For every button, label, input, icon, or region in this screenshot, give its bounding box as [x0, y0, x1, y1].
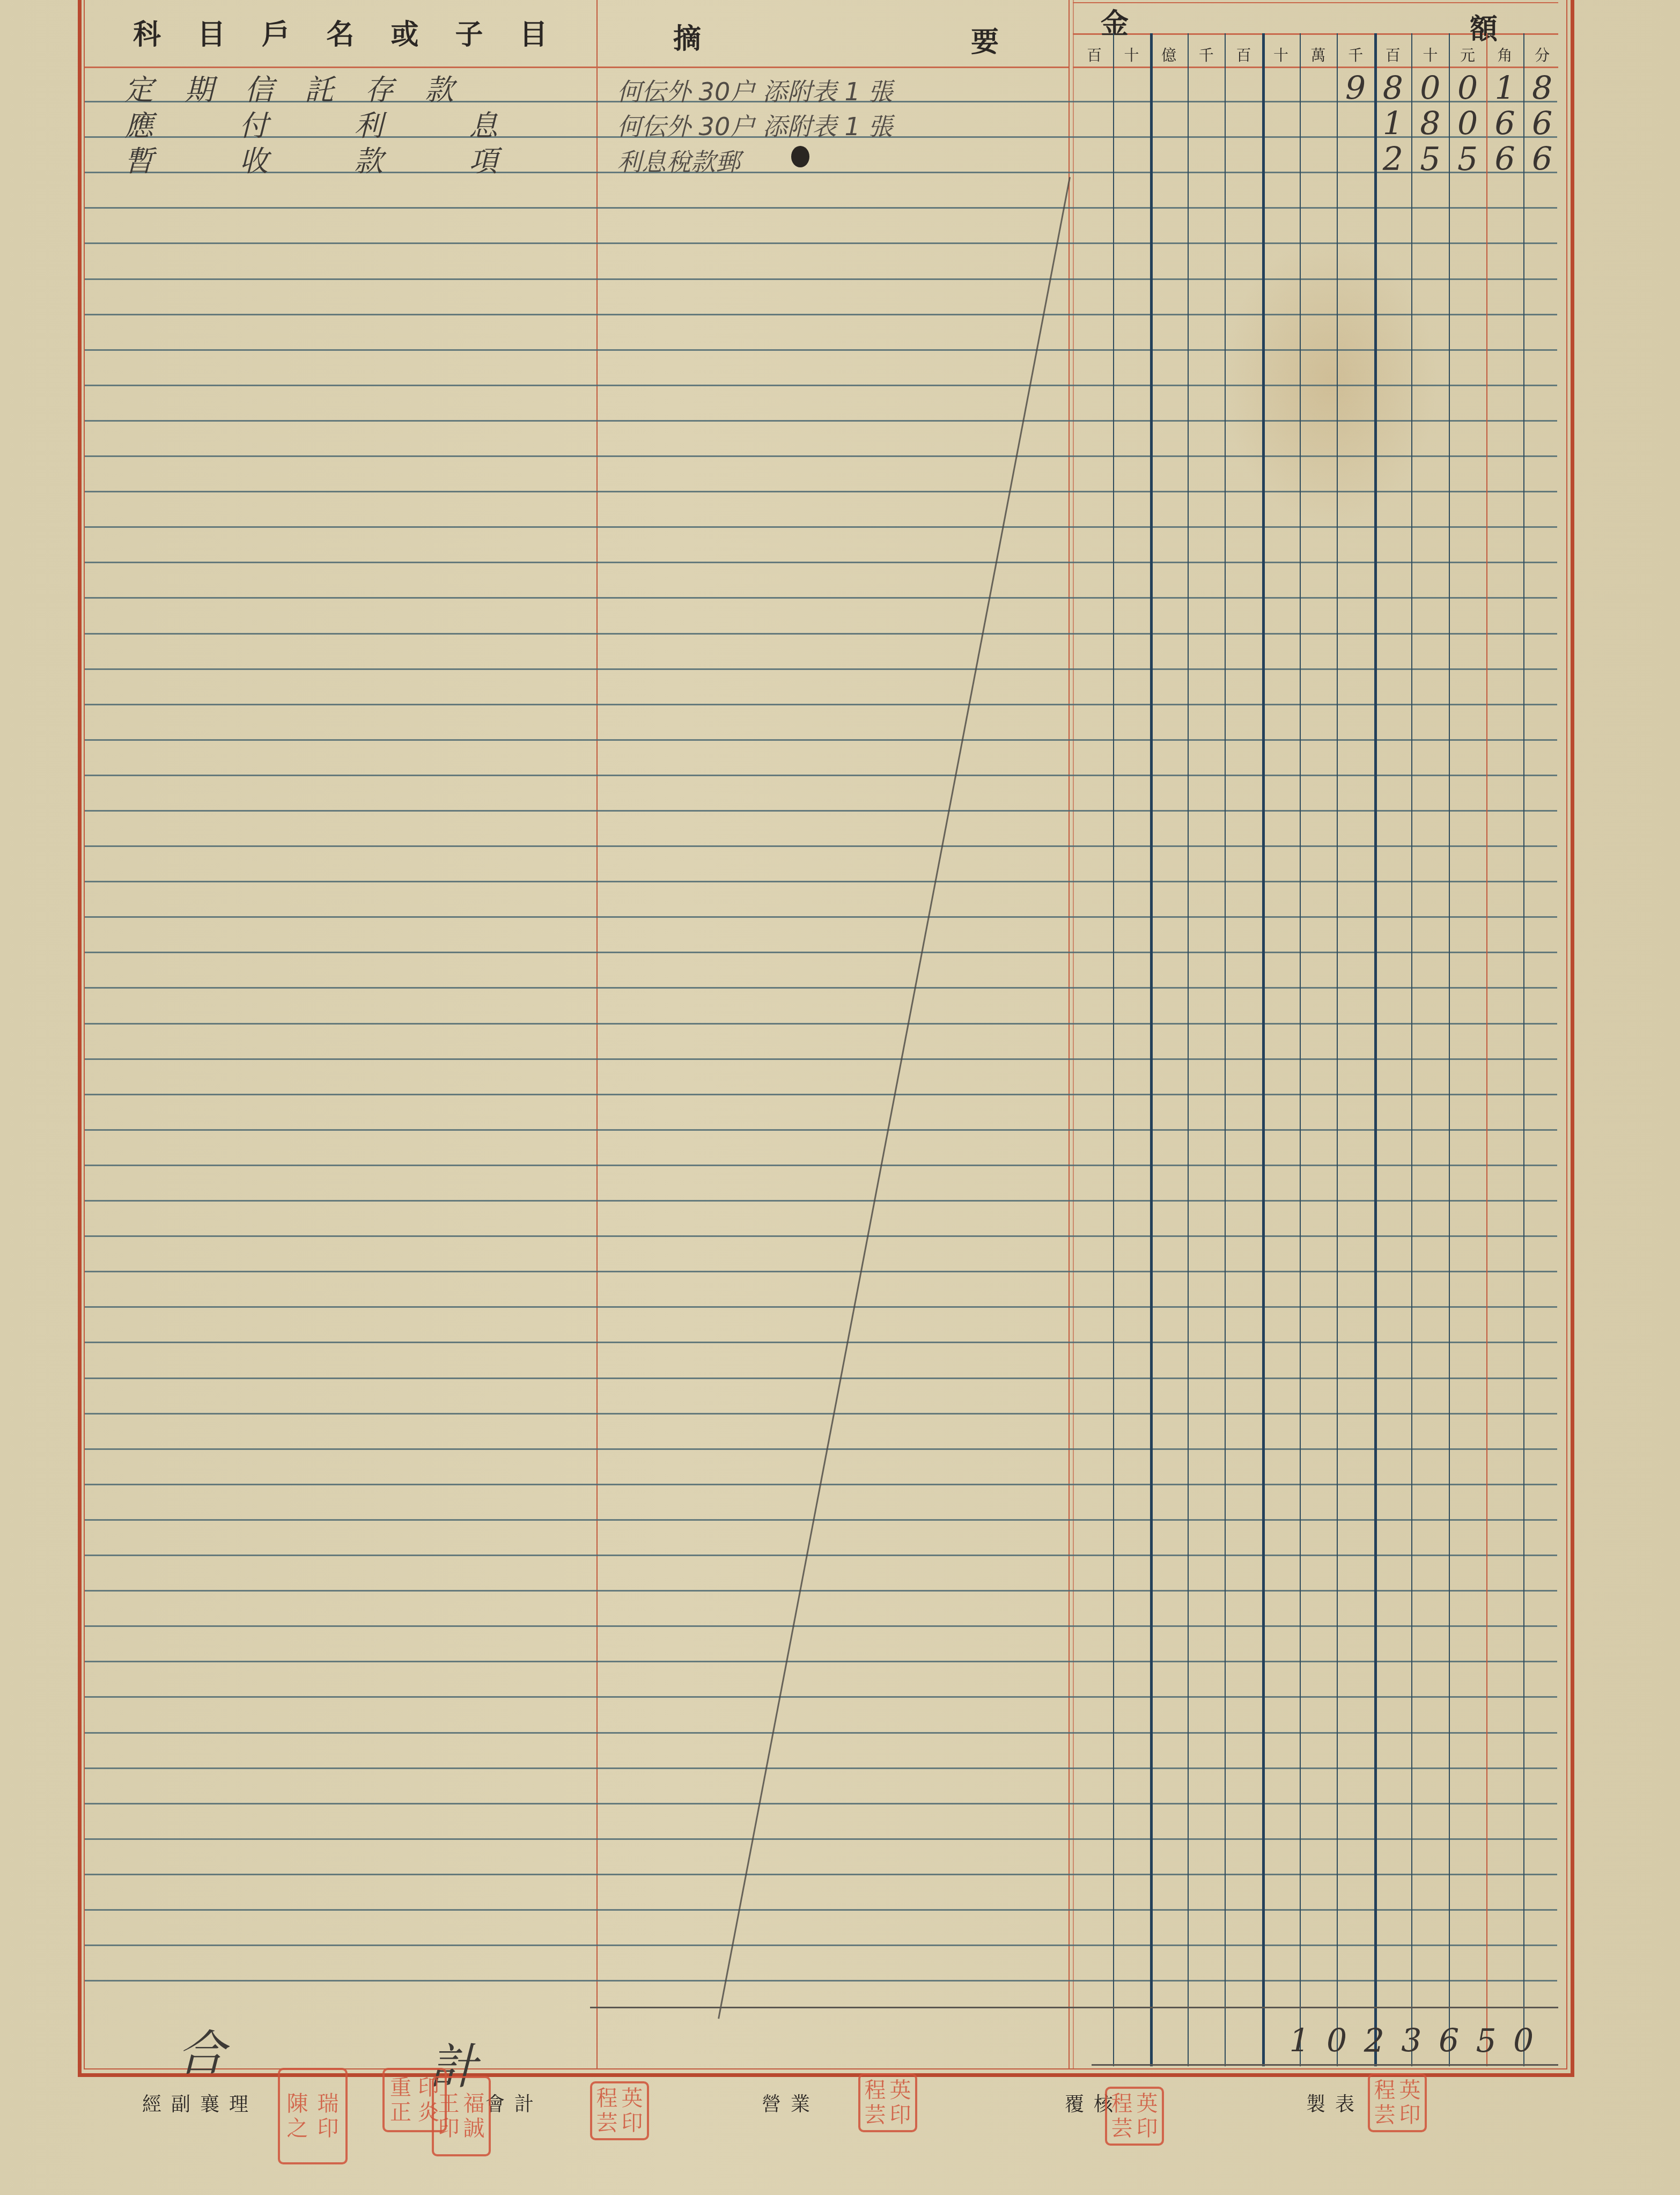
ink-blot [791, 146, 809, 167]
total-digit: 0 [1505, 2022, 1542, 2060]
amount-digit: 6 [1486, 105, 1524, 143]
divider-summary-amount [1069, 0, 1070, 2069]
seal-char: 英 [888, 2078, 913, 2103]
amount-digit: 5 [1411, 141, 1449, 178]
seal-char: 印 [1134, 2116, 1160, 2141]
seal-char: 印 [620, 2111, 645, 2135]
seal-stamp: 王福印誠 [432, 2076, 491, 2156]
divider-account-summary [596, 0, 598, 2069]
seal-char: 芸 [863, 2103, 888, 2127]
entry-account: 暫收款項 [124, 138, 584, 180]
amount-digit: 6 [1523, 141, 1561, 178]
header-amount-right: 額 [1470, 6, 1498, 47]
divider-summary-amount-inner [1073, 0, 1074, 2069]
amount-unit-header: 十 [1113, 44, 1151, 65]
total-digit: 3 [1392, 2022, 1430, 2060]
seal-char: 福 [461, 2091, 487, 2116]
amount-column-line [1486, 33, 1487, 2066]
seal-char: 正 [387, 2100, 415, 2125]
seal-char: 程 [594, 2086, 620, 2111]
amount-column-line [1150, 33, 1153, 2066]
entry-summary: 何伝外 30户 添附表 1 張 [617, 72, 893, 108]
entry-account: 定期信託存款 [124, 67, 485, 108]
amount-column-line [1449, 33, 1450, 2066]
amount-digit: 9 [1337, 70, 1374, 107]
seal-char: 程 [1109, 2091, 1134, 2116]
seal-char: 英 [1397, 2078, 1423, 2103]
amount-unit-header: 千 [1188, 44, 1225, 65]
amount-digit: 0 [1411, 70, 1449, 107]
amount-unit-header: 萬 [1300, 44, 1337, 65]
amount-unit-header: 元 [1449, 44, 1486, 65]
seal-char: 印 [1397, 2103, 1423, 2127]
total-underline [1092, 2064, 1558, 2066]
seal-char: 印 [888, 2103, 913, 2127]
amount-unit-header: 角 [1486, 44, 1524, 65]
footer-label-business: 營業 [762, 2089, 820, 2117]
seal-stamp: 程英芸印 [858, 2073, 917, 2132]
amount-unit-header: 分 [1523, 44, 1561, 65]
amount-column-line [1300, 33, 1301, 2066]
footer-label-deputy-manager: 經副襄理 [142, 2089, 258, 2117]
amount-column-line [1225, 33, 1226, 2066]
amount-digit: 6 [1486, 141, 1524, 178]
total-digit: 2 [1355, 2022, 1393, 2060]
closing-line [590, 2007, 1558, 2008]
total-digit: 5 [1468, 2022, 1505, 2060]
amount-column-line [1374, 33, 1377, 2066]
amount-unit-header: 百 [1374, 44, 1412, 65]
seal-char: 之 [282, 2116, 313, 2141]
amount-column-line [1337, 33, 1338, 2066]
seal-char: 英 [620, 2086, 645, 2111]
total-digit: 6 [1430, 2022, 1468, 2060]
amount-column-line [1411, 33, 1412, 2066]
header-summary-left: 摘 [673, 16, 701, 56]
amount-unit-header: 百 [1225, 44, 1262, 65]
footer-label-prepared-by: 製表 [1306, 2089, 1364, 2117]
seal-stamp: 程英芸印 [590, 2081, 649, 2140]
amount-digit: 8 [1523, 70, 1561, 107]
amount-digit: 5 [1449, 141, 1486, 178]
amount-digit: 2 [1374, 141, 1412, 178]
seal-char: 芸 [1109, 2116, 1134, 2141]
amount-unit-header: 十 [1411, 44, 1449, 65]
seal-char: 程 [1372, 2078, 1397, 2103]
footer-label-accounting: 會計 [485, 2089, 543, 2117]
amount-digit: 0 [1449, 105, 1486, 143]
amount-unit-header: 億 [1150, 44, 1188, 65]
seal-stamp: 程英芸印 [1105, 2087, 1164, 2146]
amount-digit: 1 [1374, 105, 1412, 143]
total-digit: 1 [1281, 2022, 1318, 2060]
entry-summary: 利息稅款郵 [617, 143, 740, 178]
amount-unit-header: 百 [1075, 44, 1113, 65]
amount-column-line [1188, 33, 1189, 2066]
amount-digit: 8 [1411, 105, 1449, 143]
seal-stamp: 陳瑞之印 [278, 2068, 348, 2164]
inner-frame [84, 0, 1567, 2069]
seal-char: 芸 [594, 2111, 620, 2135]
seal-char: 印 [436, 2116, 461, 2141]
header-summary-right: 要 [971, 19, 999, 60]
seal-char: 瑞 [313, 2091, 343, 2116]
amount-header-top-line [1073, 2, 1558, 3]
entry-summary: 何伝外 30户 添附表 1 張 [617, 107, 893, 143]
seal-char: 程 [863, 2078, 888, 2103]
seal-char: 陳 [282, 2091, 313, 2116]
total-label-left: 合 [177, 2014, 225, 2084]
amount-unit-header: 十 [1262, 44, 1300, 65]
seal-char: 重 [387, 2075, 415, 2100]
amount-column-line [1113, 33, 1114, 2066]
header-account: 科 目 戶 名 或 子 目 [133, 12, 548, 52]
seal-char: 王 [436, 2091, 461, 2116]
seal-char: 英 [1134, 2091, 1160, 2116]
amount-column-line [1262, 33, 1265, 2066]
amount-digit: 6 [1523, 105, 1561, 143]
amount-digit: 1 [1486, 70, 1524, 107]
amount-unit-header: 千 [1337, 44, 1374, 65]
seal-char: 誠 [461, 2116, 487, 2141]
seal-stamp: 程英芸印 [1368, 2073, 1427, 2132]
amount-header-bottom-line [1073, 67, 1558, 68]
seal-char: 芸 [1372, 2103, 1397, 2127]
amount-column-line [1523, 33, 1524, 2066]
header-amount-left: 金 [1101, 1, 1129, 41]
amount-digit: 8 [1374, 70, 1412, 107]
total-digit: 0 [1318, 2022, 1355, 2060]
seal-char: 印 [313, 2116, 343, 2141]
amount-digit: 0 [1449, 70, 1486, 107]
